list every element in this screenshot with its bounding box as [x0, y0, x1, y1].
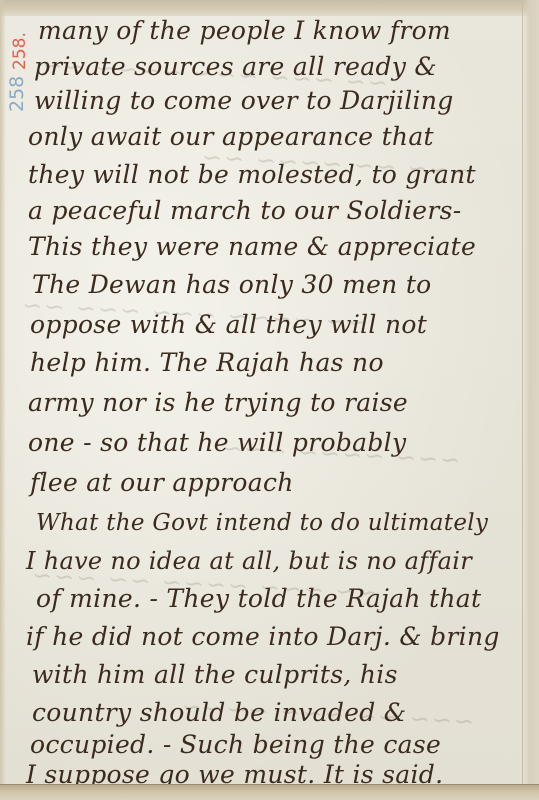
handwritten-line-6: a peaceful march to our Soldiers-: [28, 196, 461, 226]
page-top-edge: [0, 0, 539, 16]
handwritten-line-20: occupied. - Such being the case: [30, 730, 441, 760]
page-right-fold: [522, 0, 539, 800]
handwritten-line-18: with him all the culprits, his: [32, 660, 398, 690]
manuscript-page: ~~ ~~~ ~~~ ~~~~ ~~ ~~~ ~~ ~~~~ ~~ ~~ ~~~…: [0, 0, 539, 800]
handwritten-line-8: The Dewan has only 30 men to: [32, 270, 432, 300]
handwritten-line-12: one - so that he will probably: [28, 428, 406, 458]
handwritten-line-15: I have no idea at all, but is no affair: [26, 546, 472, 576]
handwritten-line-10: help him. The Rajah has no: [30, 348, 384, 378]
handwritten-line-14: What the Govt intend to do ultimately: [36, 508, 488, 538]
handwritten-line-1: many of the people I know from: [38, 16, 451, 46]
handwritten-line-5: they will not be molested, to grant: [28, 160, 476, 190]
handwritten-line-4: only await our appearance that: [28, 122, 434, 152]
handwritten-line-9: oppose with & all they will not: [30, 310, 427, 340]
folio-number-blue: 258: [6, 76, 28, 112]
handwritten-line-19: country should be invaded &: [32, 698, 406, 728]
handwritten-line-11: army nor is he trying to raise: [28, 388, 408, 418]
page-bottom-edge: [0, 784, 539, 800]
handwritten-line-7: This they were name & appreciate: [28, 232, 476, 262]
folio-number-red: 258.: [10, 32, 30, 70]
handwritten-line-13: flee at our approach: [30, 468, 294, 498]
page-left-edge: [0, 0, 6, 800]
handwritten-line-17: if he did not come into Darj. & bring: [26, 622, 500, 652]
handwritten-line-3: willing to come over to Darjiling: [34, 86, 454, 116]
handwritten-line-2: private sources are all ready &: [34, 52, 437, 82]
handwritten-line-16: of mine. - They told the Rajah that: [36, 584, 481, 614]
